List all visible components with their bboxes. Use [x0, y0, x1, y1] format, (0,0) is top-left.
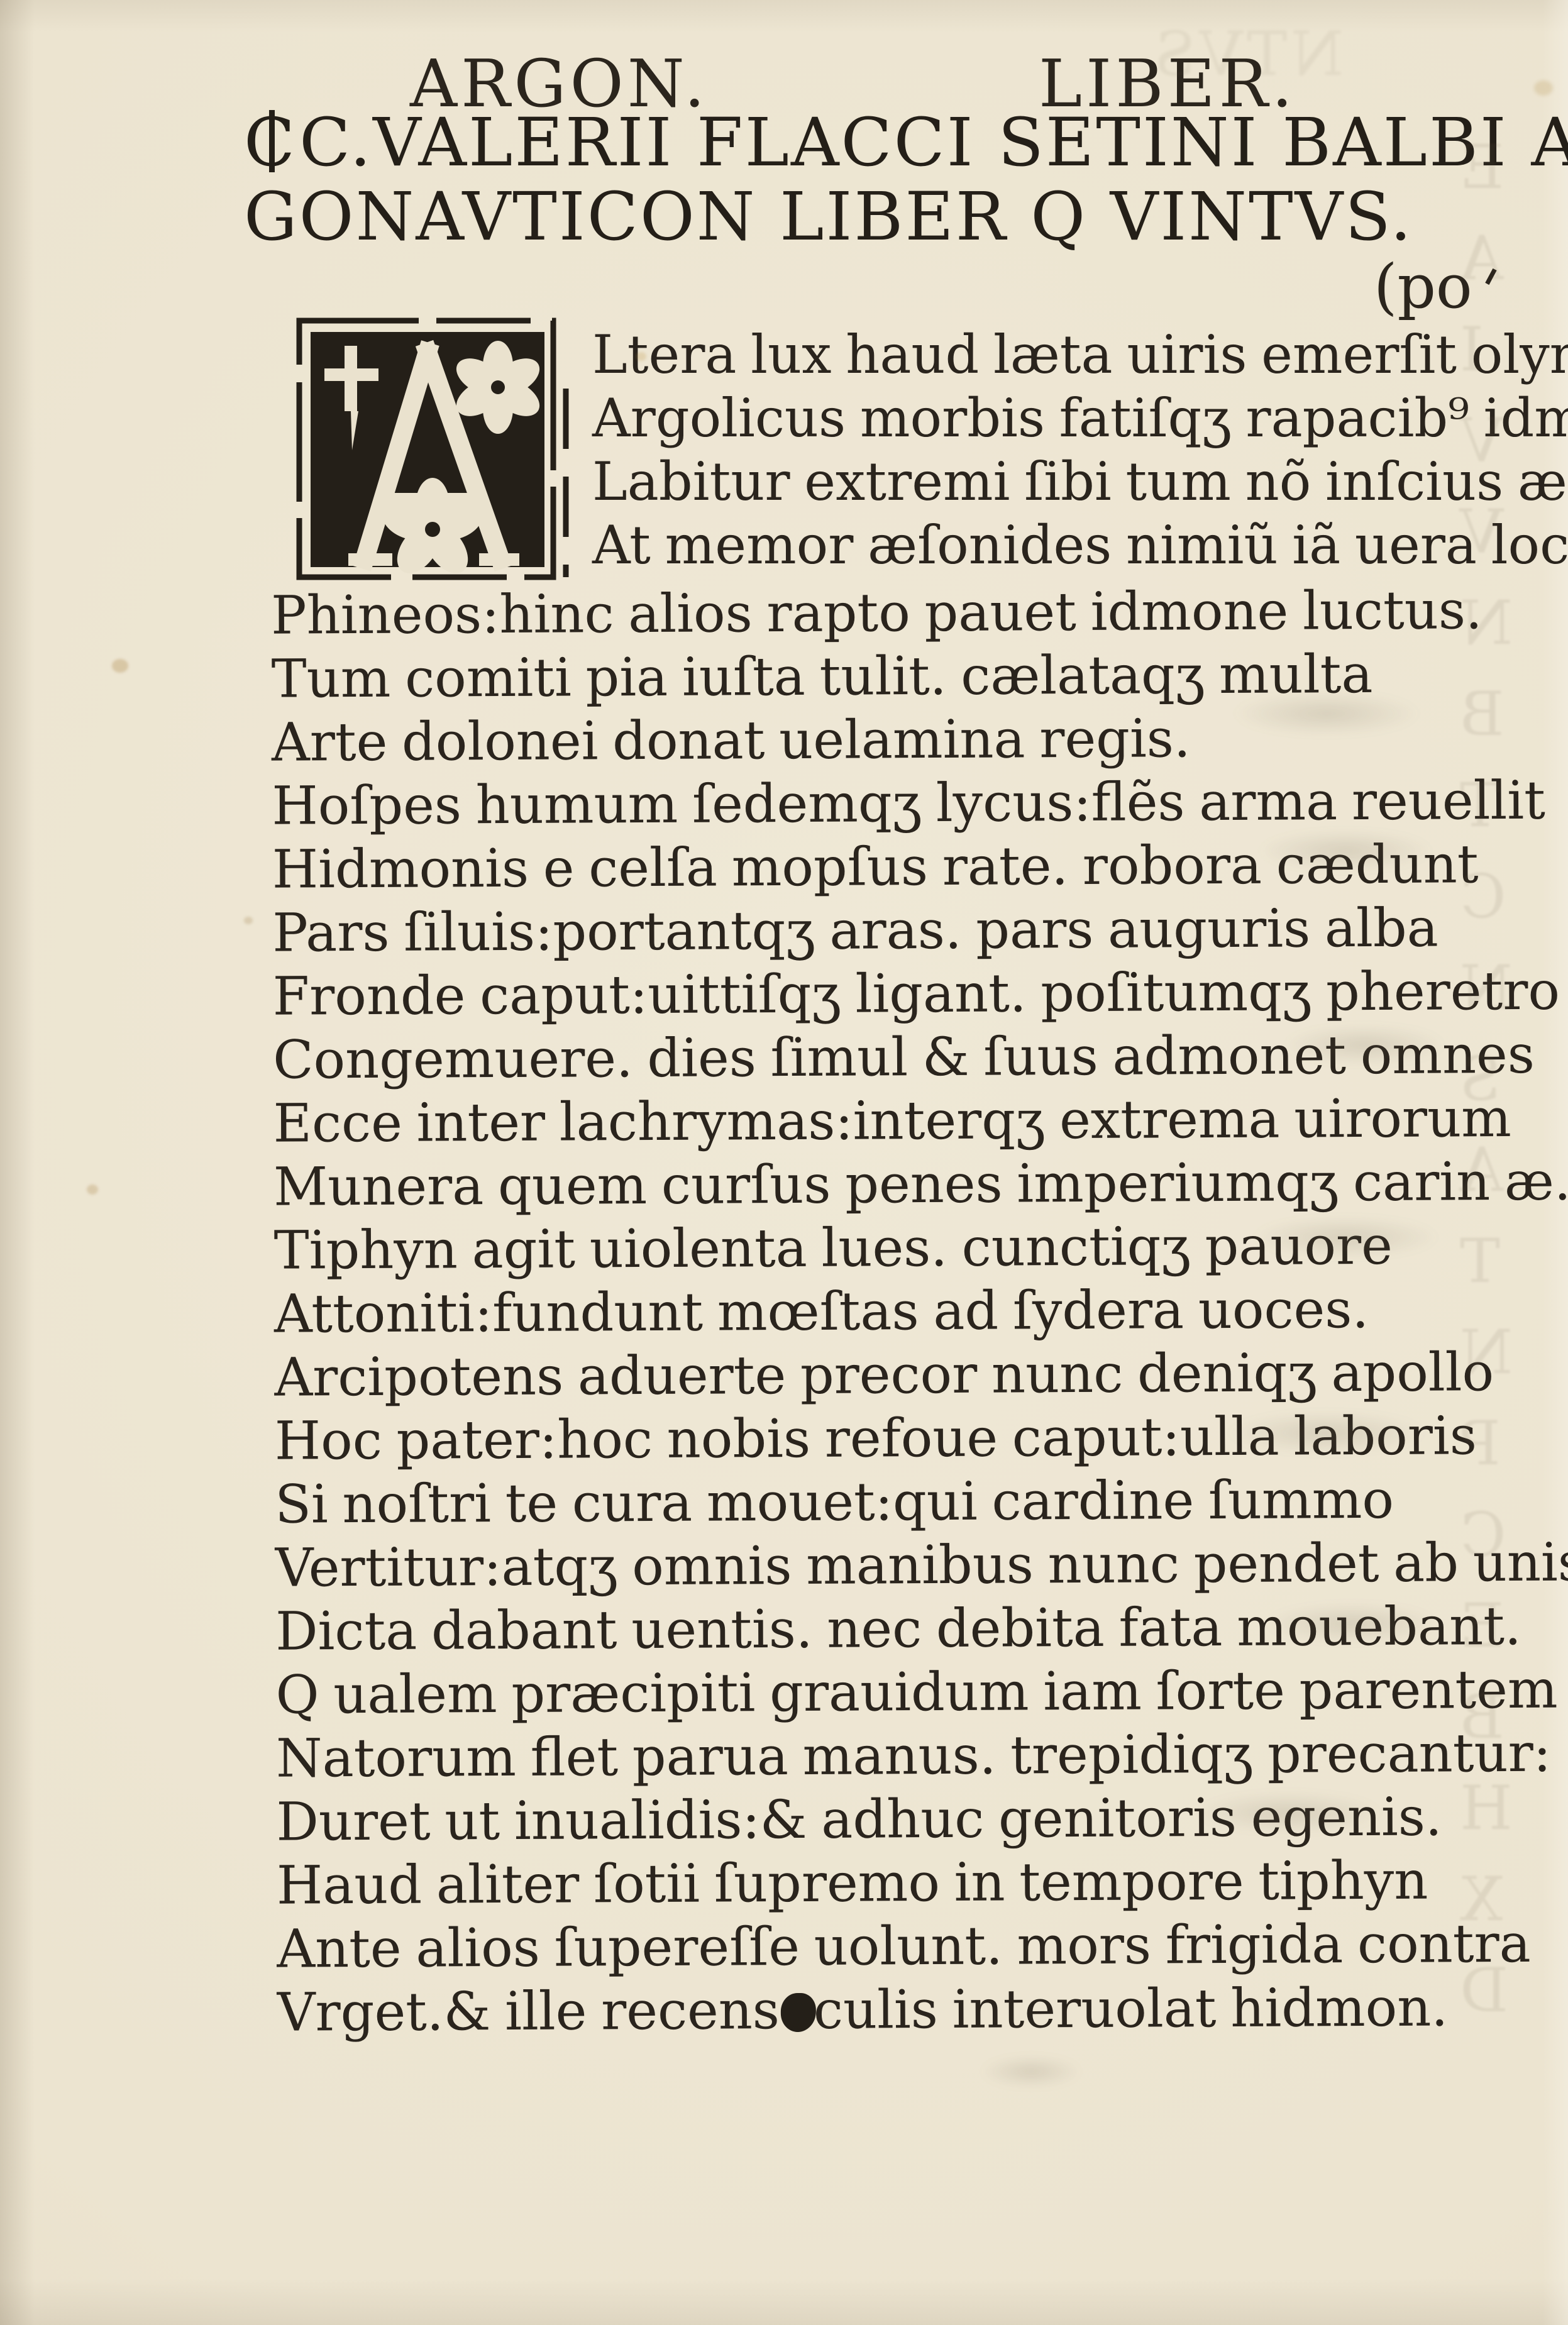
showthrough-smudge	[1232, 692, 1421, 736]
showthrough-smudge	[1264, 1603, 1440, 1643]
poem-line: Attoniti:fundunt mœſtas ad ſydera uoces.	[274, 1276, 1568, 1345]
poem-line: Labitur extremi ſibi tum nõ inſcius æui.	[592, 449, 1568, 512]
bleedthrough-letter: T	[1460, 770, 1500, 841]
bleedthrough-letter: H	[1460, 1773, 1513, 1843]
poem-line: Ltera lux haud læta uiris emerſit olym/	[592, 322, 1568, 385]
poem-line: Arcipotens aduerte precor nunc deniqʒ ap…	[274, 1340, 1568, 1409]
opening-lines: Ltera lux haud læta uiris emerſit olym/ …	[592, 313, 1568, 606]
foxing-spot	[112, 659, 128, 673]
poem-line: Fronde caput:uittiſqʒ ligant. poſitumqʒ …	[273, 959, 1568, 1028]
bleedthrough-letter: T	[1460, 1226, 1500, 1296]
poem-line: Ecce inter lachrymas:interqʒ extrema uir…	[273, 1086, 1568, 1155]
poem-line: Q ualem præcipiti grauidum iam ſorte par…	[275, 1657, 1568, 1726]
bleedthrough-letter: I	[1460, 314, 1484, 385]
title-line-1-text: C.VALERII FLACCI SETINI BALBI AR	[299, 104, 1568, 181]
capitulum-mark: C	[244, 106, 297, 180]
foxing-spot	[1534, 80, 1553, 96]
poem-line: At memor æſonides nimiũ iã uera locuti	[592, 512, 1568, 576]
bleedthrough-letter: X	[1460, 1864, 1503, 1935]
showthrough-smudge	[1283, 1025, 1446, 1065]
poem-body: Phineos:hinc alios rapto pauet idmone lu…	[271, 578, 1568, 2044]
showthrough-smudge	[981, 2056, 1081, 2087]
woodcut-initial-graphic	[290, 313, 575, 606]
bleedthrough-letter: S	[1460, 1044, 1501, 1114]
bleedthrough-letter: E	[1460, 132, 1504, 202]
poem-line: Phineos:hinc alios rapto pauet idmone lu…	[271, 578, 1568, 647]
bleedthrough-letter: A	[1460, 223, 1503, 294]
showthrough-smudge	[1226, 1411, 1427, 1454]
woodcut-initial-A	[290, 313, 575, 606]
poem-line: Pars ſiluis:portantqʒ aras. pars auguris…	[272, 895, 1568, 964]
opening-block: Ltera lux haud læta uiris emerſit olym/ …	[290, 313, 1568, 606]
bleedthrough-letter: V	[1460, 406, 1503, 476]
bleedthrough-letter: C	[1460, 1499, 1506, 1570]
last-line-end: culis interuolat hidmon.	[814, 1976, 1449, 2040]
bleedthrough-column: EAIVVNBTCNSATNPCEBHXD	[1460, 0, 1554, 2138]
poem-line: Argolicus morbis fatiſqʒ rapacib⁹ idmõ	[592, 385, 1568, 449]
poem-line: Munera quem curſus penes imperiumqʒ cari…	[273, 1149, 1568, 1218]
showthrough-smudge	[1195, 1792, 1383, 1833]
title-line-1: CC.VALERII FLACCI SETINI BALBI AR	[244, 106, 1568, 180]
chapter-title: CC.VALERII FLACCI SETINI BALBI AR GONAVT…	[244, 106, 1568, 254]
bleedthrough-letter: N	[1460, 588, 1513, 658]
bleedthrough-letter: A	[1460, 1135, 1503, 1205]
bleedthrough-letter: V	[1460, 497, 1503, 567]
poem-line: Si noſtri te cura mouet:qui cardine ſumm…	[275, 1467, 1568, 1536]
bleedthrough-letter: C	[1460, 861, 1506, 932]
poem-line: Vertitur:atqʒ omnis manibus nunc pendet …	[275, 1530, 1568, 1599]
poem-line: Ante alios ſupereſſe uolunt. mors frigid…	[277, 1911, 1568, 1980]
foxing-spot	[87, 1185, 98, 1195]
poem-line-last: Vrget.& ille recensculis interuolat hidm…	[277, 1975, 1568, 2044]
bleedthrough-word: NTVS	[1151, 19, 1344, 89]
showthrough-smudge	[1257, 830, 1433, 871]
bleedthrough-letter: E	[1460, 1591, 1504, 1661]
foxing-spot	[636, 352, 646, 361]
poem-line: Haud aliter ſotii ſupremo in tempore tip…	[277, 1848, 1568, 1917]
bleedthrough-letter: N	[1460, 1317, 1513, 1388]
bleedthrough-letter: D	[1460, 1955, 1508, 2026]
poem-line: Hoſpes humum ſedemqʒ lycus:flẽs arma reu…	[272, 768, 1568, 837]
ink-blot	[781, 1993, 816, 2032]
title-line-2: GONAVTICON LIBER Q VINTVS.	[244, 180, 1568, 254]
showthrough-smudge	[1251, 1217, 1440, 1258]
foxing-spot	[244, 917, 253, 924]
bleedthrough-letter: B	[1460, 1682, 1505, 1752]
bleedthrough-letter: N	[1460, 953, 1513, 1023]
bleedthrough-letter: B	[1460, 679, 1505, 749]
poem-line: Natorum flet parua manus. trepidiqʒ prec…	[276, 1721, 1568, 1790]
bleedthrough-letter: P	[1460, 1408, 1501, 1479]
book-page: ARGON. LIBER. CC.VALERII FLACCI SETINI B…	[0, 0, 1568, 2325]
last-line-start: Vrget.& ille recens	[277, 1979, 780, 2043]
